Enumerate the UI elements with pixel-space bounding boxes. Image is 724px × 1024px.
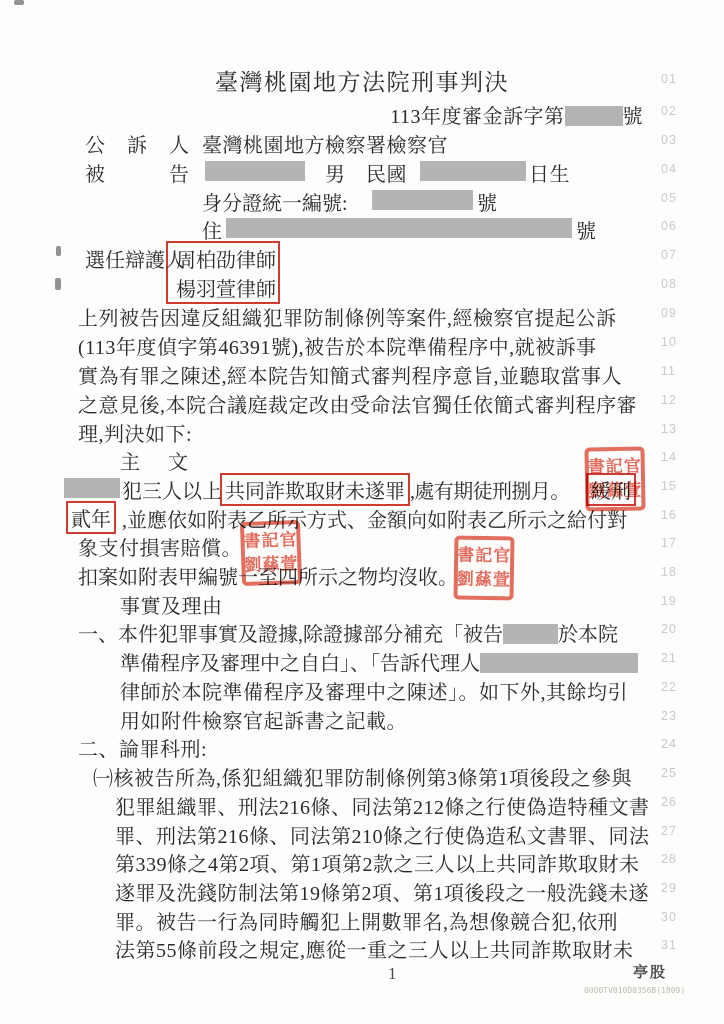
counsel-name-2: 楊羽萱律師: [176, 273, 276, 302]
line-number: 13: [661, 422, 677, 436]
line-number: 05: [661, 191, 677, 205]
case-number-suffix: 號: [623, 106, 644, 128]
facts-text: 遂罪及洗錢防制法第19條第2項、第1項後段之一般洗錢未遂: [115, 883, 649, 905]
facts-text: 罪、刑法第216條、同法第210條之行使偽造私文書罪、同法: [115, 826, 650, 848]
line-number: 10: [661, 335, 677, 349]
facts-heading: 事實及理由: [120, 590, 223, 619]
line-number: 14: [661, 450, 677, 464]
line-number: 11: [661, 364, 676, 378]
line-number: 02: [661, 104, 677, 118]
redaction-agent-name: [480, 653, 638, 673]
verdict-text: ,並應依如附表乙所示方式、金額向如附表乙所示之給付對: [122, 504, 627, 533]
defendant-gender: 男: [325, 158, 346, 187]
preamble-text: (113年度偵字第46391號),被告於本院準備程序中,就被訴事: [78, 337, 597, 359]
line-number: 07: [661, 248, 677, 262]
redaction-address: [226, 218, 572, 238]
clerk-seal-3: 書記官 劉蕬萱: [453, 535, 514, 600]
redaction-defendant-name: [64, 478, 120, 498]
redaction-case-number: [565, 106, 623, 126]
facts-text: 一、本件犯罪事實及證據,除證據部分補充「被告: [78, 624, 503, 646]
line-13: 理,判決如下: 13: [0, 418, 724, 445]
annotation-crime-name: 共同詐欺取財未遂罪: [220, 473, 410, 506]
line-29: 遂罪及洗錢防制法第19條第2項、第1項後段之一般洗錢未遂 29: [0, 877, 724, 904]
facts-text: 於本院: [558, 624, 618, 646]
judgment-page: 臺灣桃園地方法院刑事判決 01 113年度審金訴字第號 02 公訴人 臺灣桃園地…: [0, 0, 724, 1024]
line-number: 04: [661, 162, 677, 176]
clerk-seal-name: 劉蕬萱: [244, 555, 299, 575]
line-24: 二、論罪科刑: 24: [0, 733, 724, 760]
scan-artifact: [14, 0, 24, 5]
line-18: 扣案如附表甲編號一至四所示之物均沒收。 18: [0, 561, 724, 588]
line-number: 01: [661, 72, 677, 86]
line-number: 23: [661, 709, 677, 723]
line-11: 實為有罪之陳述,經本院告知簡式審判程序意旨,並聽取當事人 11: [0, 360, 724, 387]
facts-text: 法第55條前段之規定,應從一重之三人以上共同詐欺取財未: [115, 940, 634, 962]
line-number: 20: [661, 622, 677, 636]
facts-text: 罪。被告一行為同時觸犯上開數罪名,為想像競合犯,依刑: [115, 912, 618, 934]
line-number: 31: [661, 938, 677, 952]
line-number: 19: [661, 594, 677, 608]
facts-text: 律師於本院準備程序及審理中之陳述」。如下外,其餘均引: [120, 682, 628, 704]
redaction-defendant-name: [503, 624, 558, 644]
line-number: 06: [661, 219, 677, 233]
line-number: 26: [661, 795, 677, 809]
verdict-text: 犯三人以上: [122, 475, 222, 504]
line-number: 28: [661, 852, 677, 866]
address-suffix: 號: [576, 215, 597, 244]
line-number: 27: [661, 824, 677, 838]
clerk-seal-name: 劉蕬萱: [457, 571, 511, 590]
line-25: ㈠核被告所為,係犯組織犯罪防制條例第3條第1項後段之參與 25: [0, 762, 724, 789]
prosecutor-name: 臺灣桃園地方檢察署檢察官: [202, 129, 448, 158]
case-number-prefix: 113年度審金訴字第: [390, 106, 564, 128]
redaction-defendant-name: [205, 161, 305, 181]
line-number: 21: [661, 651, 677, 665]
line-12: 之意見後,本院合議庭裁定改由受命法官獨任依簡式審判程序審 12: [0, 389, 724, 416]
line-02: 113年度審金訴字第號 02: [0, 100, 724, 127]
line-05: 身分證統一編號: 號 05: [0, 187, 724, 214]
id-suffix: 號: [477, 187, 498, 216]
prosecutor-label: 公訴人: [85, 129, 211, 158]
facts-text: 第339條之4第2項、第1項第2款之三人以上共同詐欺取財未: [115, 854, 640, 876]
line-number: 09: [661, 306, 677, 320]
line-number: 03: [661, 133, 677, 147]
line-21: 準備程序及審理中之自白」、「告訴代理人 21: [0, 647, 724, 674]
line-number: 24: [661, 737, 677, 751]
document-code: 0000TV010D0356B(1809): [584, 986, 685, 995]
line-19: 事實及理由 19: [0, 590, 724, 617]
birth-prefix: 民國: [366, 158, 407, 187]
line-number: 30: [661, 910, 677, 924]
clerk-seal-1: 書記官 劉蕬萱: [584, 446, 645, 511]
line-23: 用如附件檢察官起訴書之記載。 23: [0, 705, 724, 732]
line-20: 一、本件犯罪事實及證據,除證據部分補充「被告於本院 20: [0, 618, 724, 645]
document-title: 臺灣桃園地方法院刑事判決: [215, 64, 509, 97]
line-10: (113年度偵字第46391號),被告於本院準備程序中,就被訴事 10: [0, 331, 724, 358]
line-number: 22: [661, 680, 677, 694]
preamble-text: 之意見後,本院合議庭裁定改由受命法官獨任依簡式審判程序審: [78, 395, 637, 417]
preamble-text: 上列被告因違反組織犯罪防制條例等案件,經檢察官提起公訴: [78, 308, 617, 330]
facts-text: 準備程序及審理中之自白」、「告訴代理人: [120, 653, 480, 675]
line-number: 16: [661, 508, 677, 522]
line-08: 楊羽萱律師 08: [0, 273, 724, 300]
facts-text: 犯罪組織罪、刑法216條、同法第212條之行使偽造特種文書: [115, 797, 650, 819]
page-number: 1: [388, 964, 397, 984]
redaction-birth-date: [420, 161, 526, 181]
line-27: 罪、刑法第216條、同法第210條之行使偽造私文書罪、同法 27: [0, 820, 724, 847]
clerk-seal-title: 書記官: [588, 457, 642, 476]
line-28: 第339條之4第2項、第1項第2款之三人以上共同詐欺取財未 28: [0, 848, 724, 875]
verdict-text: ,處有期徒刑捌月。: [410, 475, 570, 504]
line-31: 法第55條前段之規定,應從一重之三人以上共同詐欺取財未 31: [0, 934, 724, 961]
facts-text: 核被告所為,係犯組織犯罪防制條例第3條第1項後段之參與: [114, 768, 633, 790]
line-09: 上列被告因違反組織犯罪防制條例等案件,經檢察官提起公訴 09: [0, 302, 724, 329]
list-marker: ㈠: [93, 768, 114, 790]
birth-suffix: 日生: [529, 158, 570, 187]
line-07: 選任辯護人 周柏劭律師 07: [0, 244, 724, 271]
clerk-seal-title: 書記官: [243, 531, 298, 551]
line-number: 17: [661, 536, 677, 550]
line-30: 罪。被告一行為同時觸犯上開數罪名,為想像競合犯,依刑 30: [0, 906, 724, 933]
clerk-seal-name: 劉蕬萱: [588, 482, 642, 501]
line-26: 犯罪組織罪、刑法216條、同法第212條之行使偽造特種文書 26: [0, 791, 724, 818]
facts-text: 用如附件檢察官起訴書之記載。: [120, 711, 407, 733]
verdict-text: 象支付損害賠償。: [78, 538, 242, 560]
id-label: 身分證統一編號:: [202, 187, 348, 216]
line-number: 15: [661, 479, 677, 493]
counsel-name-1: 周柏劭律師: [176, 244, 276, 273]
line-17: 象支付損害賠償。 17: [0, 532, 724, 559]
preamble-text: 實為有罪之陳述,經本院告知簡式審判程序意旨,並聽取當事人: [78, 366, 622, 388]
counsel-label: 選任辯護人: [85, 244, 185, 273]
line-04: 被告 男 民國 日生 04: [0, 158, 724, 185]
line-number: 12: [661, 393, 677, 407]
redaction-id-number: [372, 190, 473, 210]
line-22: 律師於本院準備程序及審理中之陳述」。如下外,其餘均引 22: [0, 676, 724, 703]
clerk-seal-title: 書記官: [457, 546, 511, 565]
clerk-seal-2: 書記官 劉蕬萱: [240, 520, 302, 586]
annotation-probation-years: 貳年: [66, 501, 116, 534]
line-03: 公訴人 臺灣桃園地方檢察署檢察官 03: [0, 129, 724, 156]
line-number: 18: [661, 565, 677, 579]
facts-text: 二、論罪科刑:: [78, 739, 207, 761]
address-label: 住: [202, 215, 223, 244]
court-division: 亭股: [633, 961, 667, 982]
line-number: 29: [661, 881, 677, 895]
line-06: 住 號 06: [0, 215, 724, 242]
line-number: 08: [661, 277, 677, 291]
case-number: 113年度審金訴字第號: [0, 100, 643, 129]
main-text-heading: 主 文: [120, 446, 192, 475]
preamble-text: 理,判決如下:: [78, 424, 192, 446]
line-01: 臺灣桃園地方法院刑事判決 01: [0, 64, 724, 96]
line-number: 25: [661, 766, 677, 780]
